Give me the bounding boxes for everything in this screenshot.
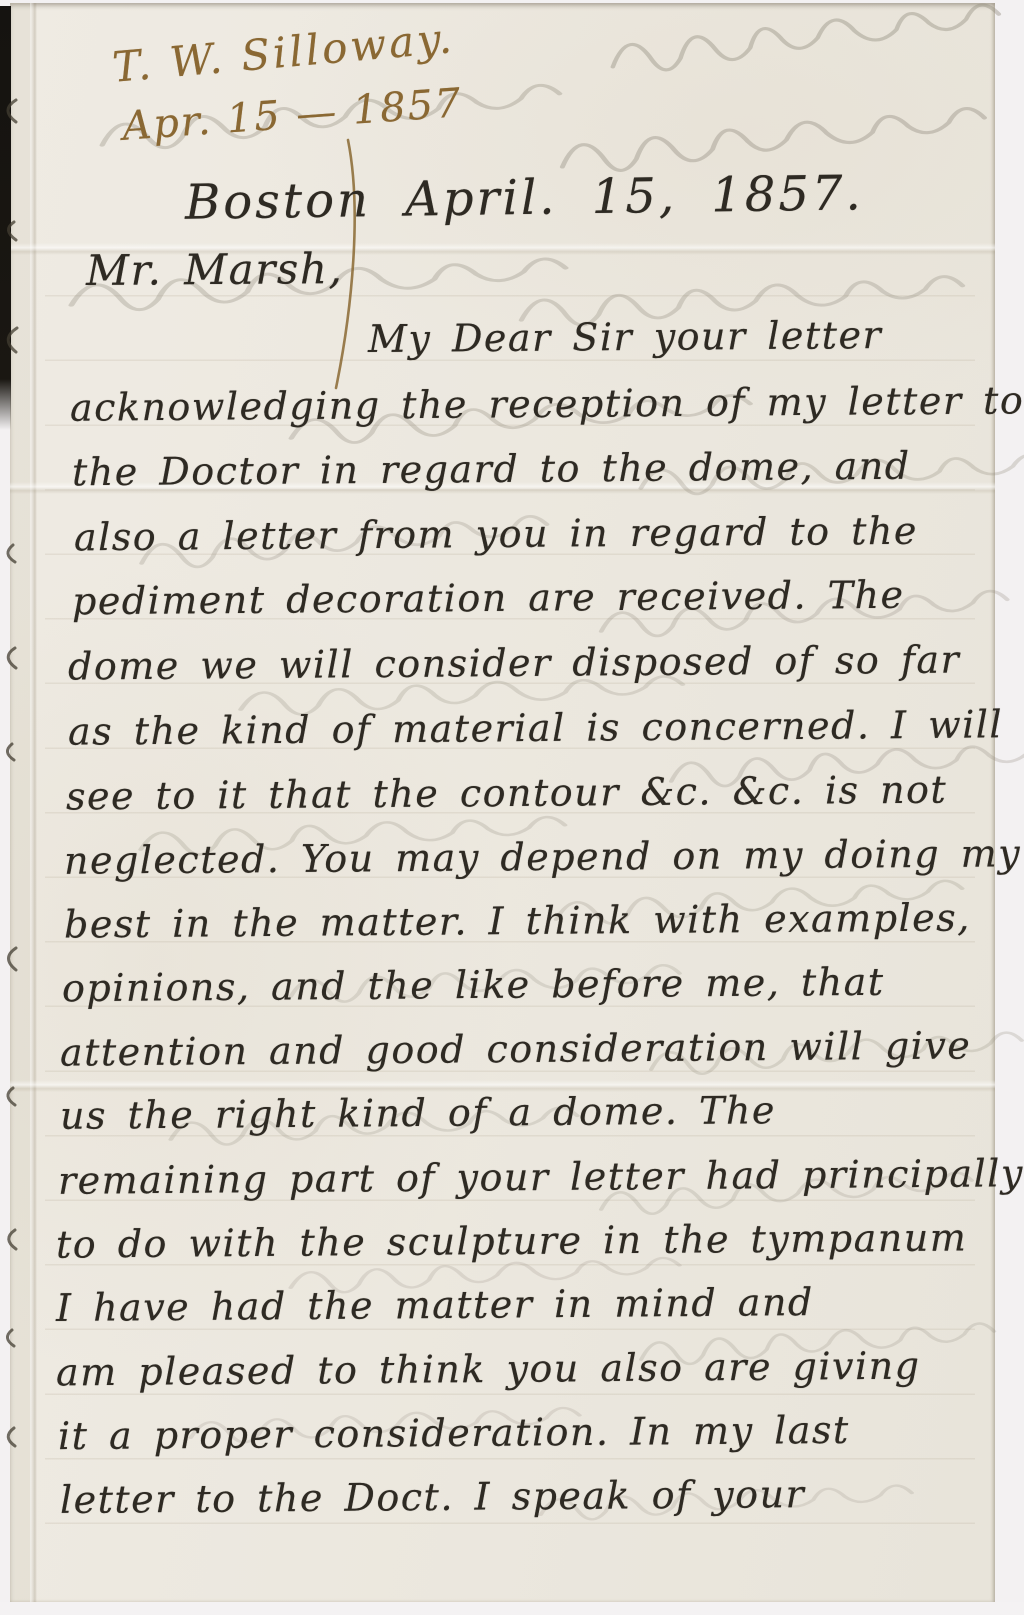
scanner-background [0, 1602, 1024, 1615]
letter-salutation: Mr. Marsh, [86, 244, 344, 295]
letter-line: best in the matter. I think with example… [64, 895, 971, 946]
letter-line: My Dear Sir your letter [368, 313, 882, 361]
letter-line: to do with the sculpture in the tympanum [56, 1215, 968, 1266]
letter-line: the Doctor in regard to the dome, and [72, 444, 911, 495]
letter-line: it a proper consideration. In my last [58, 1408, 850, 1458]
letter-line: attention and good consideration will gi… [60, 1023, 972, 1074]
page-edge-black-strip [0, 6, 11, 430]
letter-line: see to it that the contour &c. &c. is no… [66, 768, 948, 819]
letter-dateline: Boston April. 15, 1857. [185, 165, 864, 230]
letter-line: us the right kind of a dome. The [60, 1088, 776, 1138]
letter-line: also a letter from you in regard to the [74, 509, 918, 560]
letter-line: as the kind of material is concerned. I … [68, 702, 1003, 753]
letter-line: dome we will consider disposed of so far [68, 637, 961, 688]
letter-line: letter to the Doct. I speak of your [60, 1472, 806, 1522]
scanned-letter-page: T. W. Silloway. Apr. 15 — 1857 Boston Ap… [0, 0, 1024, 1615]
letter-line: opinions, and the like before me, that [62, 960, 885, 1010]
letter-line: I have had the matter in mind and [56, 1280, 814, 1330]
letter-line: neglected. You may depend on my doing my [64, 831, 1021, 883]
letter-line: acknowledging the reception of my letter… [70, 378, 1024, 429]
letter-line: am pleased to think you also are giving [56, 1344, 921, 1395]
letter-line: remaining part of your letter had princi… [58, 1151, 1024, 1203]
letter-line: pediment decoration are received. The [72, 573, 905, 624]
